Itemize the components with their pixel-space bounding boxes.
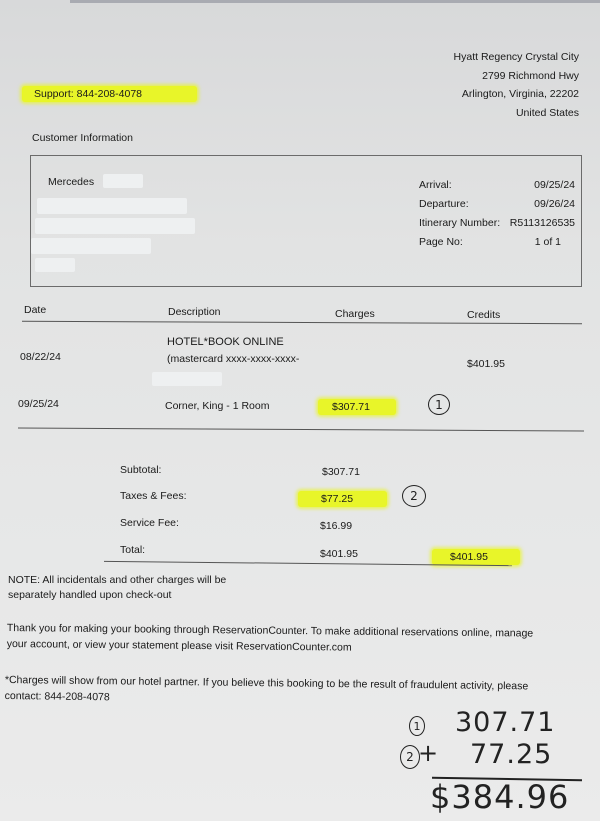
annotation-circle-2: 2	[402, 485, 426, 507]
redacted-block	[152, 372, 222, 386]
incidentals-note: NOTE: All incidentals and other charges …	[8, 573, 226, 603]
note-line: NOTE: All incidentals and other charges …	[8, 573, 226, 588]
column-header-credits: Credits	[467, 309, 500, 321]
customer-info-title: Customer Information	[32, 132, 133, 144]
row-date: 09/25/24	[18, 398, 59, 410]
row-credits: $401.95	[467, 358, 505, 370]
redacted-block	[31, 238, 151, 254]
hand-marker-1: 1	[409, 716, 425, 736]
redacted-block	[103, 174, 143, 188]
hotel-city: Arlington, Virginia, 22202	[454, 85, 579, 104]
hotel-country: United States	[454, 104, 579, 123]
arrival-value: 09/25/24	[510, 176, 575, 195]
stay-values: 09/25/24 09/26/24 R5113126535 1 of 1	[510, 176, 575, 252]
service-fee-value: $16.99	[320, 520, 352, 532]
row-date: 08/22/24	[20, 351, 61, 363]
column-header-description: Description	[168, 306, 221, 318]
note-line: separately handled upon check-out	[8, 588, 226, 603]
customer-info-box: Mercedes Arrival: Departure: Itinerary N…	[30, 155, 582, 287]
taxes-value: $77.25	[321, 493, 353, 505]
total-credit-value: $401.95	[450, 551, 488, 563]
hand-marker-2: 2	[400, 745, 420, 769]
support-phone: Support: 844-208-4078	[22, 86, 197, 102]
fraud-notice: *Charges will show from our hotel partne…	[5, 672, 529, 710]
row-description-card: (mastercard xxxx-xxxx-xxxx-	[167, 353, 299, 365]
total-credit-highlight: $401.95	[432, 549, 520, 565]
row-charges: $307.71	[332, 401, 370, 413]
customer-name: Mercedes	[48, 176, 94, 188]
hotel-address: Hyatt Regency Crystal City 2799 Richmond…	[454, 48, 579, 122]
support-phone-text: Support: 844-208-4078	[34, 88, 142, 100]
redacted-block	[37, 198, 187, 214]
total-label: Total:	[120, 544, 145, 556]
hand-plus: +	[418, 739, 439, 767]
itinerary-value: R5113126535	[510, 214, 575, 233]
annotation-circle-1: 1	[428, 394, 450, 415]
thank-you-message: Thank you for making your booking throug…	[7, 620, 534, 658]
row-description: HOTEL*BOOK ONLINE	[167, 336, 284, 348]
subtotal-label: Subtotal:	[120, 464, 161, 476]
arrival-label: Arrival:	[419, 176, 500, 195]
departure-label: Departure:	[419, 195, 500, 214]
page-no-label: Page No:	[419, 233, 500, 252]
table-bottom-divider	[18, 428, 584, 432]
paper-top-edge	[70, 0, 600, 3]
redacted-block	[35, 218, 195, 234]
subtotal-value: $307.71	[322, 466, 360, 478]
redacted-block	[35, 258, 75, 272]
column-header-charges: Charges	[335, 308, 375, 320]
hand-value-1: 307.71	[455, 707, 555, 738]
table-header-divider	[22, 321, 582, 324]
column-header-date: Date	[24, 304, 46, 316]
taxes-value-highlight: $77.25	[298, 491, 387, 507]
hand-value-2: 77.25	[470, 739, 552, 770]
hotel-street: 2799 Richmond Hwy	[454, 67, 579, 86]
hotel-name: Hyatt Regency Crystal City	[454, 48, 579, 67]
total-value: $401.95	[320, 548, 358, 560]
itinerary-label: Itinerary Number:	[419, 214, 500, 233]
stay-labels: Arrival: Departure: Itinerary Number: Pa…	[419, 176, 500, 252]
service-fee-label: Service Fee:	[120, 517, 179, 529]
row-description: Corner, King - 1 Room	[165, 400, 269, 412]
row-charges-highlight: $307.71	[318, 399, 396, 415]
taxes-label: Taxes & Fees:	[120, 490, 187, 502]
page-no-value: 1 of 1	[510, 233, 575, 252]
hand-result: $384.96	[430, 778, 569, 816]
departure-value: 09/26/24	[510, 195, 575, 214]
